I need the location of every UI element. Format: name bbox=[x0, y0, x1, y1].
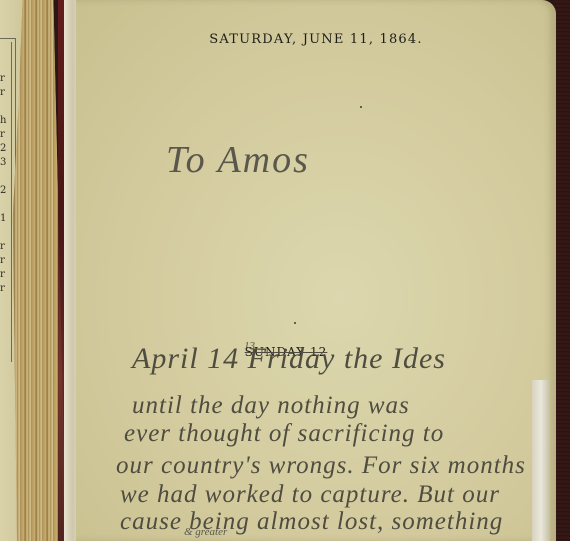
left-glyph bbox=[0, 170, 10, 184]
left-page-text: r r h r 2 3 2 1 r r r r bbox=[0, 72, 10, 296]
paper-speck bbox=[360, 106, 362, 108]
paper-speck bbox=[294, 322, 296, 324]
left-glyph bbox=[0, 226, 10, 240]
book-cover-edge bbox=[554, 0, 570, 541]
left-glyph: 2 bbox=[0, 184, 10, 198]
left-glyph: r bbox=[0, 128, 10, 142]
handwritten-line: we had worked to capture. But our bbox=[120, 481, 500, 509]
left-glyph bbox=[0, 100, 10, 114]
diary-scan: r r h r 2 3 2 1 r r r r SATURDAY, JUNE 1… bbox=[0, 0, 570, 541]
handwritten-line: until the day nothing was bbox=[132, 392, 410, 420]
left-glyph: 2 bbox=[0, 142, 10, 156]
left-glyph: 3 bbox=[0, 156, 10, 170]
left-glyph: r bbox=[0, 268, 10, 282]
left-glyph: r bbox=[0, 86, 10, 100]
printed-date-header: SATURDAY, JUNE 11, 1864. bbox=[76, 32, 556, 47]
handwritten-title: To Amos bbox=[166, 138, 310, 182]
left-glyph: 1 bbox=[0, 212, 10, 226]
left-glyph: r bbox=[0, 240, 10, 254]
handwritten-line: April 14 Friday the Ides bbox=[132, 342, 446, 376]
left-glyph: r bbox=[0, 72, 10, 86]
handwritten-interlinear-note: & greater bbox=[184, 526, 227, 538]
left-glyph: r bbox=[0, 254, 10, 268]
left-glyph: r bbox=[0, 282, 10, 296]
handwritten-line: cause being almost lost, something bbox=[120, 508, 503, 536]
handwritten-line: ever thought of sacrificing to bbox=[124, 420, 444, 448]
page-edge-stack bbox=[532, 380, 550, 541]
left-glyph: h bbox=[0, 114, 10, 128]
diary-page: SATURDAY, JUNE 11, 1864. To Amos 13 SUND… bbox=[76, 0, 556, 541]
handwritten-line: our country's wrongs. For six months bbox=[116, 452, 526, 480]
left-glyph bbox=[0, 198, 10, 212]
